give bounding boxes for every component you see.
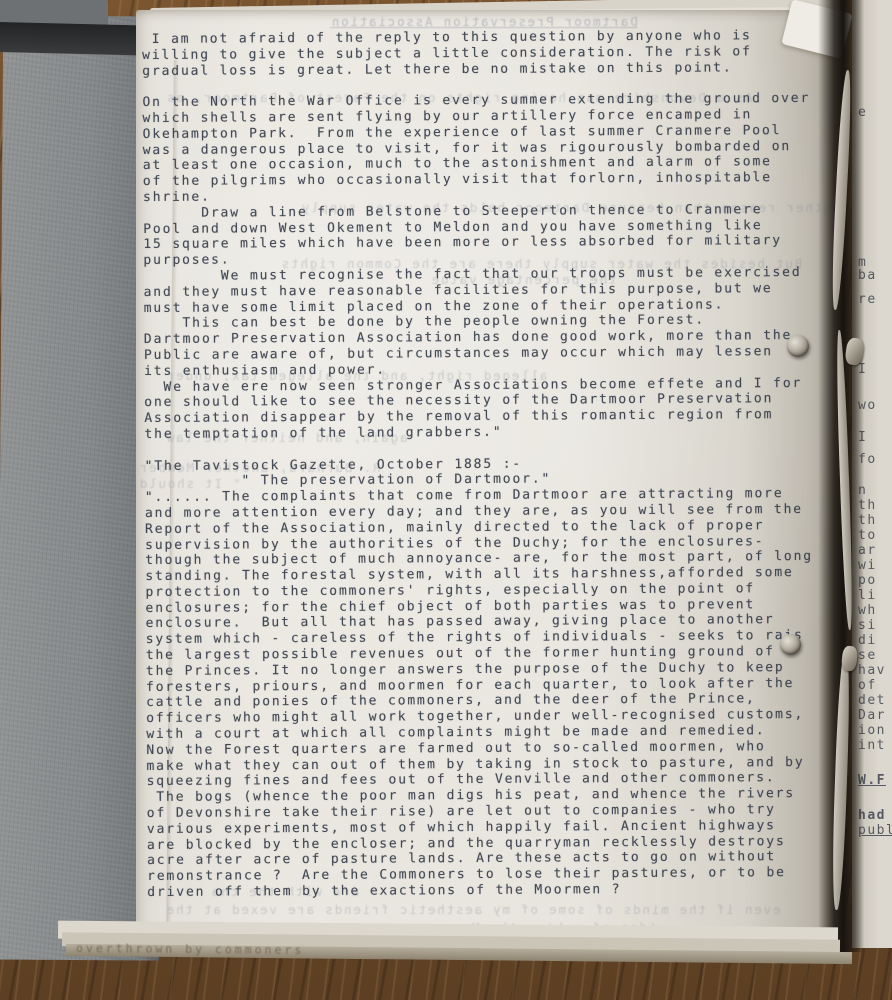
under-sheet-text: overthrown by commoners [76, 941, 304, 957]
ghost-line: even if the minds of some of my aestheti… [165, 902, 781, 917]
photo-of-document: embareIwoIfonththtoarwipoliwhsidisehavof… [0, 0, 892, 1000]
typed-text: I am not afraid of the reply to this que… [142, 28, 837, 901]
paper-fastener-bottom [780, 634, 801, 655]
paper-fastener-top [787, 335, 809, 357]
ghost-line: Dartmoor Preservation Association [330, 14, 638, 29]
